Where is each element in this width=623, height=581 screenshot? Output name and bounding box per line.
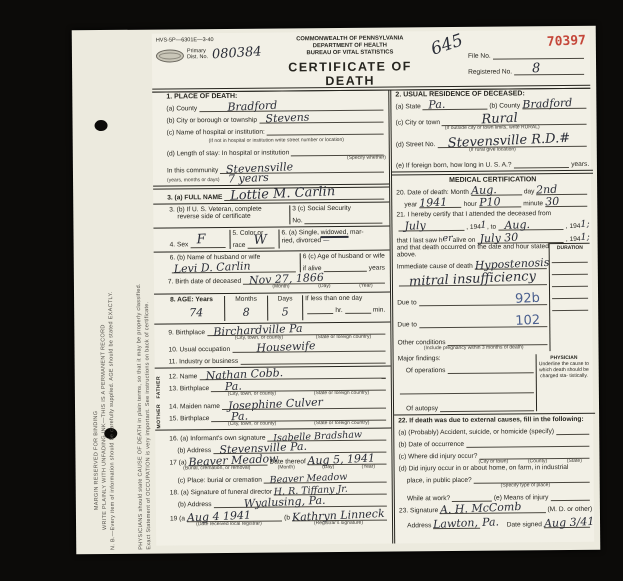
- res-city-label: (c) City or town: [396, 119, 440, 126]
- file-no-label: File No.: [468, 53, 491, 60]
- fd-address-value: Wyalusing, Pa.: [243, 493, 325, 510]
- informant-address-label: (b) Address: [169, 447, 211, 454]
- accident-label: (a) (Probably) Accident, suicide, or hom…: [398, 428, 554, 436]
- registered-no-line: 8: [514, 65, 584, 76]
- city-line: Stevens: [259, 113, 384, 124]
- dod-hour-label: hour: [464, 201, 477, 208]
- physician-sig-value: A. H. McComb: [440, 499, 522, 516]
- hr-line: [307, 304, 333, 314]
- form-header: HVS-5P—6301E—3-40 Primary Dist. No. 0803…: [152, 30, 590, 88]
- registrar-date-label: 19 (a: [170, 515, 185, 522]
- dod-minute-value: 30: [545, 195, 560, 209]
- immediate-cause-label: Immediate cause of death: [397, 263, 473, 271]
- spouse-line: Levi D. Carlin: [172, 262, 296, 273]
- father-birthplace-value: Pa.: [225, 380, 243, 394]
- b-year-hint: (Year): [362, 465, 375, 471]
- due-to-1-line: 92b: [419, 295, 548, 306]
- attended-to-line: Aug.: [498, 220, 564, 231]
- funeral-director-line: H. R. Tiffany Jr.: [274, 484, 387, 495]
- min-label: min.: [373, 306, 386, 313]
- physician-addr-state: Pa.: [481, 515, 499, 529]
- operations-line2: [400, 383, 534, 394]
- dist-no-label: Dist. No.: [187, 54, 208, 60]
- father-birthplace-line: Pa.: [211, 381, 386, 393]
- other-conditions-line: [448, 335, 548, 346]
- city-value: Stevens: [265, 110, 309, 125]
- death-certificate-page: MARGIN RESERVED FOR BINDING WRITE PLAINL…: [72, 26, 601, 555]
- years-hint: (years, months or days): [167, 178, 220, 184]
- operations-line: [447, 363, 534, 374]
- year-digit-1: 1: [481, 220, 488, 231]
- injury-where-line: [479, 448, 589, 459]
- birthplace-hint2: (State or foreign country): [316, 334, 371, 340]
- dod-month-line: Aug.: [471, 185, 522, 195]
- accident-line: [556, 424, 589, 434]
- last-saw-value: July 30: [479, 231, 518, 246]
- registrar-date-value: Aug 4 1941: [187, 508, 252, 524]
- birthplace-line: Birchardville Pa: [207, 324, 386, 336]
- autopsy-line: [440, 401, 534, 412]
- date-signed-label: Date signed: [507, 521, 542, 528]
- fullname-label: 3. (a) FULL NAME: [167, 194, 222, 201]
- res-county-value: Bradford: [522, 96, 572, 111]
- birthplace-label: 9. Birthplace: [168, 329, 205, 336]
- operations-label: Of operations: [398, 367, 446, 374]
- occupation-value: Housewife: [256, 339, 315, 355]
- funeral-director-label: 18. (a) Signature of funeral director: [170, 488, 272, 496]
- physician-sig-label: 23. Signature: [399, 507, 438, 514]
- occurred-label: and that death occurred on the date and …: [397, 243, 549, 251]
- res-state-label: (a) State: [395, 103, 420, 110]
- physician-note-text: Underline the cause to which death shoul…: [538, 360, 590, 378]
- pencil-number: 645: [428, 30, 465, 59]
- her-handwritten: er: [442, 233, 453, 244]
- means-injury-line: [550, 490, 590, 500]
- date-signed-line: Aug 3/41: [544, 517, 590, 527]
- marital-label-post: mar-: [348, 229, 363, 236]
- marital-label-2: ried, divorced: [282, 237, 322, 244]
- certify-line1: 21. I hereby certify that I attended the…: [396, 210, 589, 219]
- external-causes-title: 22. If death was due to external causes,…: [398, 415, 591, 424]
- physician-note-box: PHYSICIAN Underline the cause to which d…: [536, 353, 591, 410]
- father-side-label: FATHER: [156, 373, 162, 399]
- fullname-line: Lottie M. Carlin: [224, 190, 384, 201]
- due-to-2-line: 102: [419, 317, 548, 328]
- birthdate-label: 7. Birth date of deceased: [168, 278, 241, 286]
- form-number: HVS-5P—6301E—3-40: [156, 37, 274, 44]
- attended-from-line: July: [399, 221, 465, 232]
- due-to-1-label: Due to: [397, 299, 416, 306]
- duration-line: [552, 263, 588, 275]
- race-value: W: [253, 232, 267, 248]
- cause-value2: mitral insufficiency: [409, 269, 537, 290]
- file-number-stamp: 70397: [546, 33, 586, 50]
- foreign-born-label: (e) If foreign born, how long in U. S. A…: [396, 161, 512, 169]
- father-name-line: Nathan Cobb.: [199, 369, 386, 381]
- org-line-3: BUREAU OF VITAL STATISTICS: [274, 50, 426, 59]
- year-digit-3: 1;: [580, 232, 590, 243]
- community-duration-value: 7 years: [227, 171, 268, 186]
- occupation-line: Housewife: [232, 342, 386, 353]
- father-name-label: 12. Name: [169, 373, 198, 380]
- city-label: (b) City or borough or township: [166, 117, 257, 125]
- sex-value: F: [196, 232, 206, 247]
- ssn-label: 3 (c) Social Security: [292, 205, 384, 213]
- duration-line: [552, 287, 588, 299]
- age-months-value: 8: [243, 305, 250, 318]
- certificate-title: CERTIFICATE OF DEATH: [274, 59, 426, 88]
- burial-place-label: (c) Place: burial or cremation: [170, 476, 262, 484]
- date-thereof-line: Aug 5, 1941: [308, 455, 387, 466]
- right-column: 2. USUAL RESIDENCE OF DECEASED: (a) Stat…: [391, 89, 596, 544]
- res-state-line: Pa.: [423, 100, 488, 111]
- public-place-line: [474, 473, 590, 484]
- foreign-born-line: [513, 158, 569, 168]
- hospital-label: (c) Name of hospital or institution:: [167, 129, 265, 137]
- year-hint: (Year): [359, 284, 372, 290]
- registrar-sig-label: (b: [284, 514, 290, 521]
- divider: [392, 170, 593, 176]
- state-seal-icon: [156, 49, 184, 62]
- file-no-line: [493, 49, 584, 60]
- dod-year-label: year: [396, 201, 417, 208]
- stay-line: [291, 145, 384, 156]
- industry-label: 11. Industry or business: [169, 358, 239, 366]
- physician-sig-line: A. H. McComb: [440, 503, 545, 514]
- cause-line2: mitral insufficiency: [399, 275, 547, 286]
- res-street-label: (d) Street No.: [396, 141, 436, 148]
- community-duration: 7 years: [222, 173, 385, 183]
- registrar-sig-line: Kathryn Linneck: [292, 510, 387, 521]
- mother-name-label: 14. Maiden name: [169, 403, 220, 410]
- age-days-value: 5: [282, 305, 289, 318]
- registered-no-value: 8: [532, 61, 541, 76]
- hospital-line: [267, 125, 384, 136]
- mother-birthplace-line: Pa.: [211, 410, 386, 422]
- county-label: (a) County: [166, 105, 197, 112]
- race-line: W: [247, 239, 274, 249]
- race-label: race: [233, 242, 246, 249]
- autopsy-label: Of autopsy: [398, 405, 438, 412]
- duration-box: DURATION: [549, 243, 591, 351]
- mother-name-line: Josephine Culver: [222, 398, 386, 409]
- physician-addr-value: Lawton,: [433, 515, 478, 530]
- dod-day-line: 2nd: [536, 185, 587, 195]
- duration-line: [552, 251, 588, 263]
- res-street-line: Stevensville R.D.#: [437, 136, 587, 147]
- community-label: In this community: [167, 167, 218, 174]
- sex-label: 4. Sex: [170, 241, 189, 248]
- due-to-1-value: 92b: [514, 291, 539, 307]
- sep-194a: , 194: [466, 224, 481, 231]
- marital-scribble: —: [323, 236, 330, 244]
- min-line: [345, 303, 371, 313]
- dod-year-value: 1941: [419, 196, 448, 210]
- certificate-form: HVS-5P—6301E—3-40 Primary Dist. No. 0803…: [152, 30, 594, 546]
- day-hint: (Day): [318, 284, 330, 290]
- sep-194b: , 194: [566, 223, 581, 230]
- burial-line: Beaver Meadow: [189, 456, 268, 467]
- spouse-value: Levi D. Carlin: [174, 259, 251, 275]
- fd-address-label: (b) Address: [170, 501, 212, 508]
- spouse-age-label: 6 (c) Age of husband or wife: [303, 253, 385, 261]
- hospital-hint: (If not in hospital or institution write…: [167, 138, 386, 145]
- res-county-line: Bradford: [522, 99, 587, 110]
- stay-label: (d) Length of stay: In hospital or insti…: [167, 149, 289, 157]
- major-findings-label: Major findings:: [398, 354, 536, 362]
- dod-minute-label: minute: [523, 200, 543, 207]
- dod-year-line: 1941: [419, 198, 462, 208]
- res-city-value: Rural: [482, 111, 519, 128]
- res-state-value: Pa.: [429, 98, 447, 112]
- burial-place-line: Beaver Meadow: [264, 472, 387, 483]
- margin-note-nb: N. B.—Every item of information should b…: [106, 90, 116, 550]
- mother-birthplace-value: Pa.: [231, 409, 249, 423]
- public-place-label: place, in public place?: [399, 477, 472, 485]
- spouse-age-line: [323, 262, 366, 272]
- mother-bp-hint2: (State or foreign country): [314, 420, 369, 426]
- to-label: , to: [487, 224, 496, 231]
- duration-label: DURATION: [552, 245, 588, 251]
- b-month-hint: (Month): [278, 465, 295, 471]
- dod-hour-line: P10: [479, 197, 522, 207]
- dod-day-label: day: [524, 188, 535, 195]
- occurrence-date-line: [466, 436, 590, 447]
- ssn-no-label: No.: [292, 217, 302, 224]
- age-years-value: 74: [189, 306, 203, 319]
- fd-address-line: Wyalusing, Pa.: [214, 496, 387, 508]
- injury-state-hint: (State): [567, 458, 582, 464]
- father-name-value: Nathan Cobb.: [205, 366, 283, 382]
- fullname-value: Lottie M. Carlin: [230, 184, 336, 204]
- industry-line: [240, 354, 386, 365]
- res-county-label: (b) County: [489, 102, 520, 109]
- veteran-label2: reverse side of certificate: [169, 212, 287, 220]
- sex-line: F: [190, 238, 225, 248]
- attended-from-value: July: [404, 219, 426, 233]
- mother-side-label: MOTHER: [156, 403, 162, 429]
- physician-addr-line: Lawton,: [433, 518, 479, 528]
- due-to-2-label: Due to: [397, 321, 416, 328]
- occurrence-date-label: (b) Date of occurrence: [398, 440, 464, 448]
- ssn-line: [305, 214, 383, 225]
- injury-where-label: (c) Where did injury occur?: [399, 452, 478, 460]
- registered-no-label: Registered No.: [468, 68, 512, 75]
- at-work-line: [452, 491, 492, 501]
- due-to-2-value: 102: [515, 313, 540, 329]
- years-suffix: years: [369, 265, 385, 272]
- occupation-label: 10. Usual occupation: [168, 346, 230, 354]
- hr-label: hr.: [335, 306, 342, 313]
- dod-hour-value: P10: [479, 195, 501, 209]
- year-digit-2: 1;: [580, 219, 590, 230]
- last-saw-line: July 30: [477, 233, 564, 244]
- birthdate-line: Nov 27, 1866: [243, 274, 385, 285]
- district-number-handwritten: 080384: [212, 44, 262, 62]
- injury-home-label: (d) Did injury occur in or about home, o…: [399, 464, 592, 473]
- physician-addr-label: Address: [399, 522, 431, 529]
- left-column: 1. PLACE OF DEATH: (a) County Bradford (…: [152, 91, 395, 546]
- cause-line1: Hypostenosis: [475, 259, 547, 270]
- at-work-label: While at work?: [399, 495, 450, 502]
- duration-line: [552, 299, 588, 311]
- father-birthplace-label: 13. Birthplace: [169, 385, 209, 392]
- duration-line: [552, 275, 588, 287]
- dod-minute-line: 30: [545, 197, 588, 207]
- less-than-day-label: If less than one day: [305, 294, 385, 302]
- margin-note-occupation: Exact Statement of OCCUPATION is very im…: [142, 90, 152, 550]
- registrar-date-line: Aug 4 1941: [187, 511, 282, 522]
- foreign-years-label: years.: [571, 161, 589, 168]
- res-city-line: Rural: [442, 115, 587, 126]
- date-signed-value: Aug 3/41: [544, 514, 595, 529]
- mother-birthplace-label: 15. Birthplace: [169, 415, 209, 422]
- md-other-label: (M. D. or other): [547, 505, 592, 512]
